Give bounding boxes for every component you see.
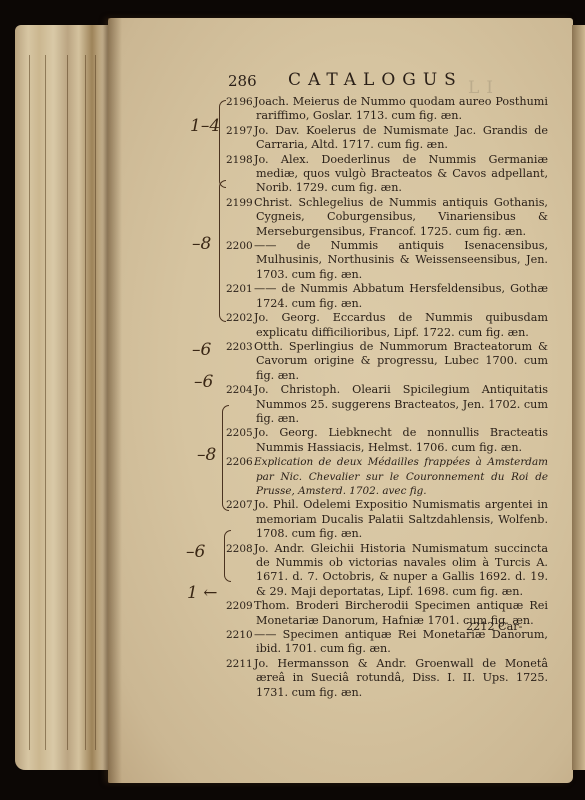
margin-annotation: –6: [192, 340, 211, 360]
catalogue-entry: 2204Jo. Christoph. Olearii Spicilegium A…: [226, 383, 548, 426]
catalogue-entry: 2200—— de Nummis antiquis Isenacensibus,…: [226, 239, 548, 282]
catalogue-entry: 2211Jo. Hermansson & Andr. Groenwall de …: [226, 657, 548, 700]
next-page-edge: [572, 25, 585, 770]
margin-annotation: 1–4: [190, 116, 220, 136]
catchword: 2212 Car-: [466, 620, 522, 633]
margin-annotation: –6: [194, 372, 213, 392]
catalogue-entry: 2197Jo. Dav. Koelerus de Numismate Jac. …: [226, 124, 548, 153]
margin-annotation: 1 ←: [187, 583, 217, 603]
catalogue-entry: 2199Christ. Schlegelius de Nummis antiqu…: [226, 196, 548, 239]
margin-annotation: –8: [192, 234, 211, 254]
running-title: CATALOGUS: [288, 70, 463, 90]
page-gutter-shadow: [108, 18, 122, 783]
catalogue-entries: 2196Joach. Meierus de Nummo quodam aureo…: [226, 95, 548, 700]
catalogue-entry: 2201—— de Nummis Abbatum Hersfeldensibus…: [226, 282, 548, 311]
catalogue-entry: 2203Otth. Sperlingius de Nummorum Bracte…: [226, 340, 548, 383]
margin-brace: [219, 100, 226, 188]
catalogue-entry: 2208Jo. Andr. Gleichii Historia Numismat…: [226, 542, 548, 600]
margin-annotation: –6: [186, 542, 205, 562]
margin-brace: [222, 405, 229, 511]
page-number: 286: [228, 72, 257, 90]
margin-brace: [219, 180, 226, 322]
catalogue-entry: 2196Joach. Meierus de Nummo quodam aureo…: [226, 95, 548, 124]
catalogue-entry: 2202Jo. Georg. Eccardus de Nummis quibus…: [226, 311, 548, 340]
catalogue-entry: 2207Jo. Phil. Odelemi Expositio Numismat…: [226, 498, 548, 541]
margin-brace: [224, 530, 231, 582]
catalogue-entry: 2206Explication de deux Médailles frappé…: [226, 455, 548, 498]
catalogue-entry: 2198Jo. Alex. Doederlinus de Nummis Germ…: [226, 153, 548, 196]
margin-annotation: –8: [197, 445, 216, 465]
catalogue-entry: 2205Jo. Georg. Liebknecht de nonnullis B…: [226, 426, 548, 455]
